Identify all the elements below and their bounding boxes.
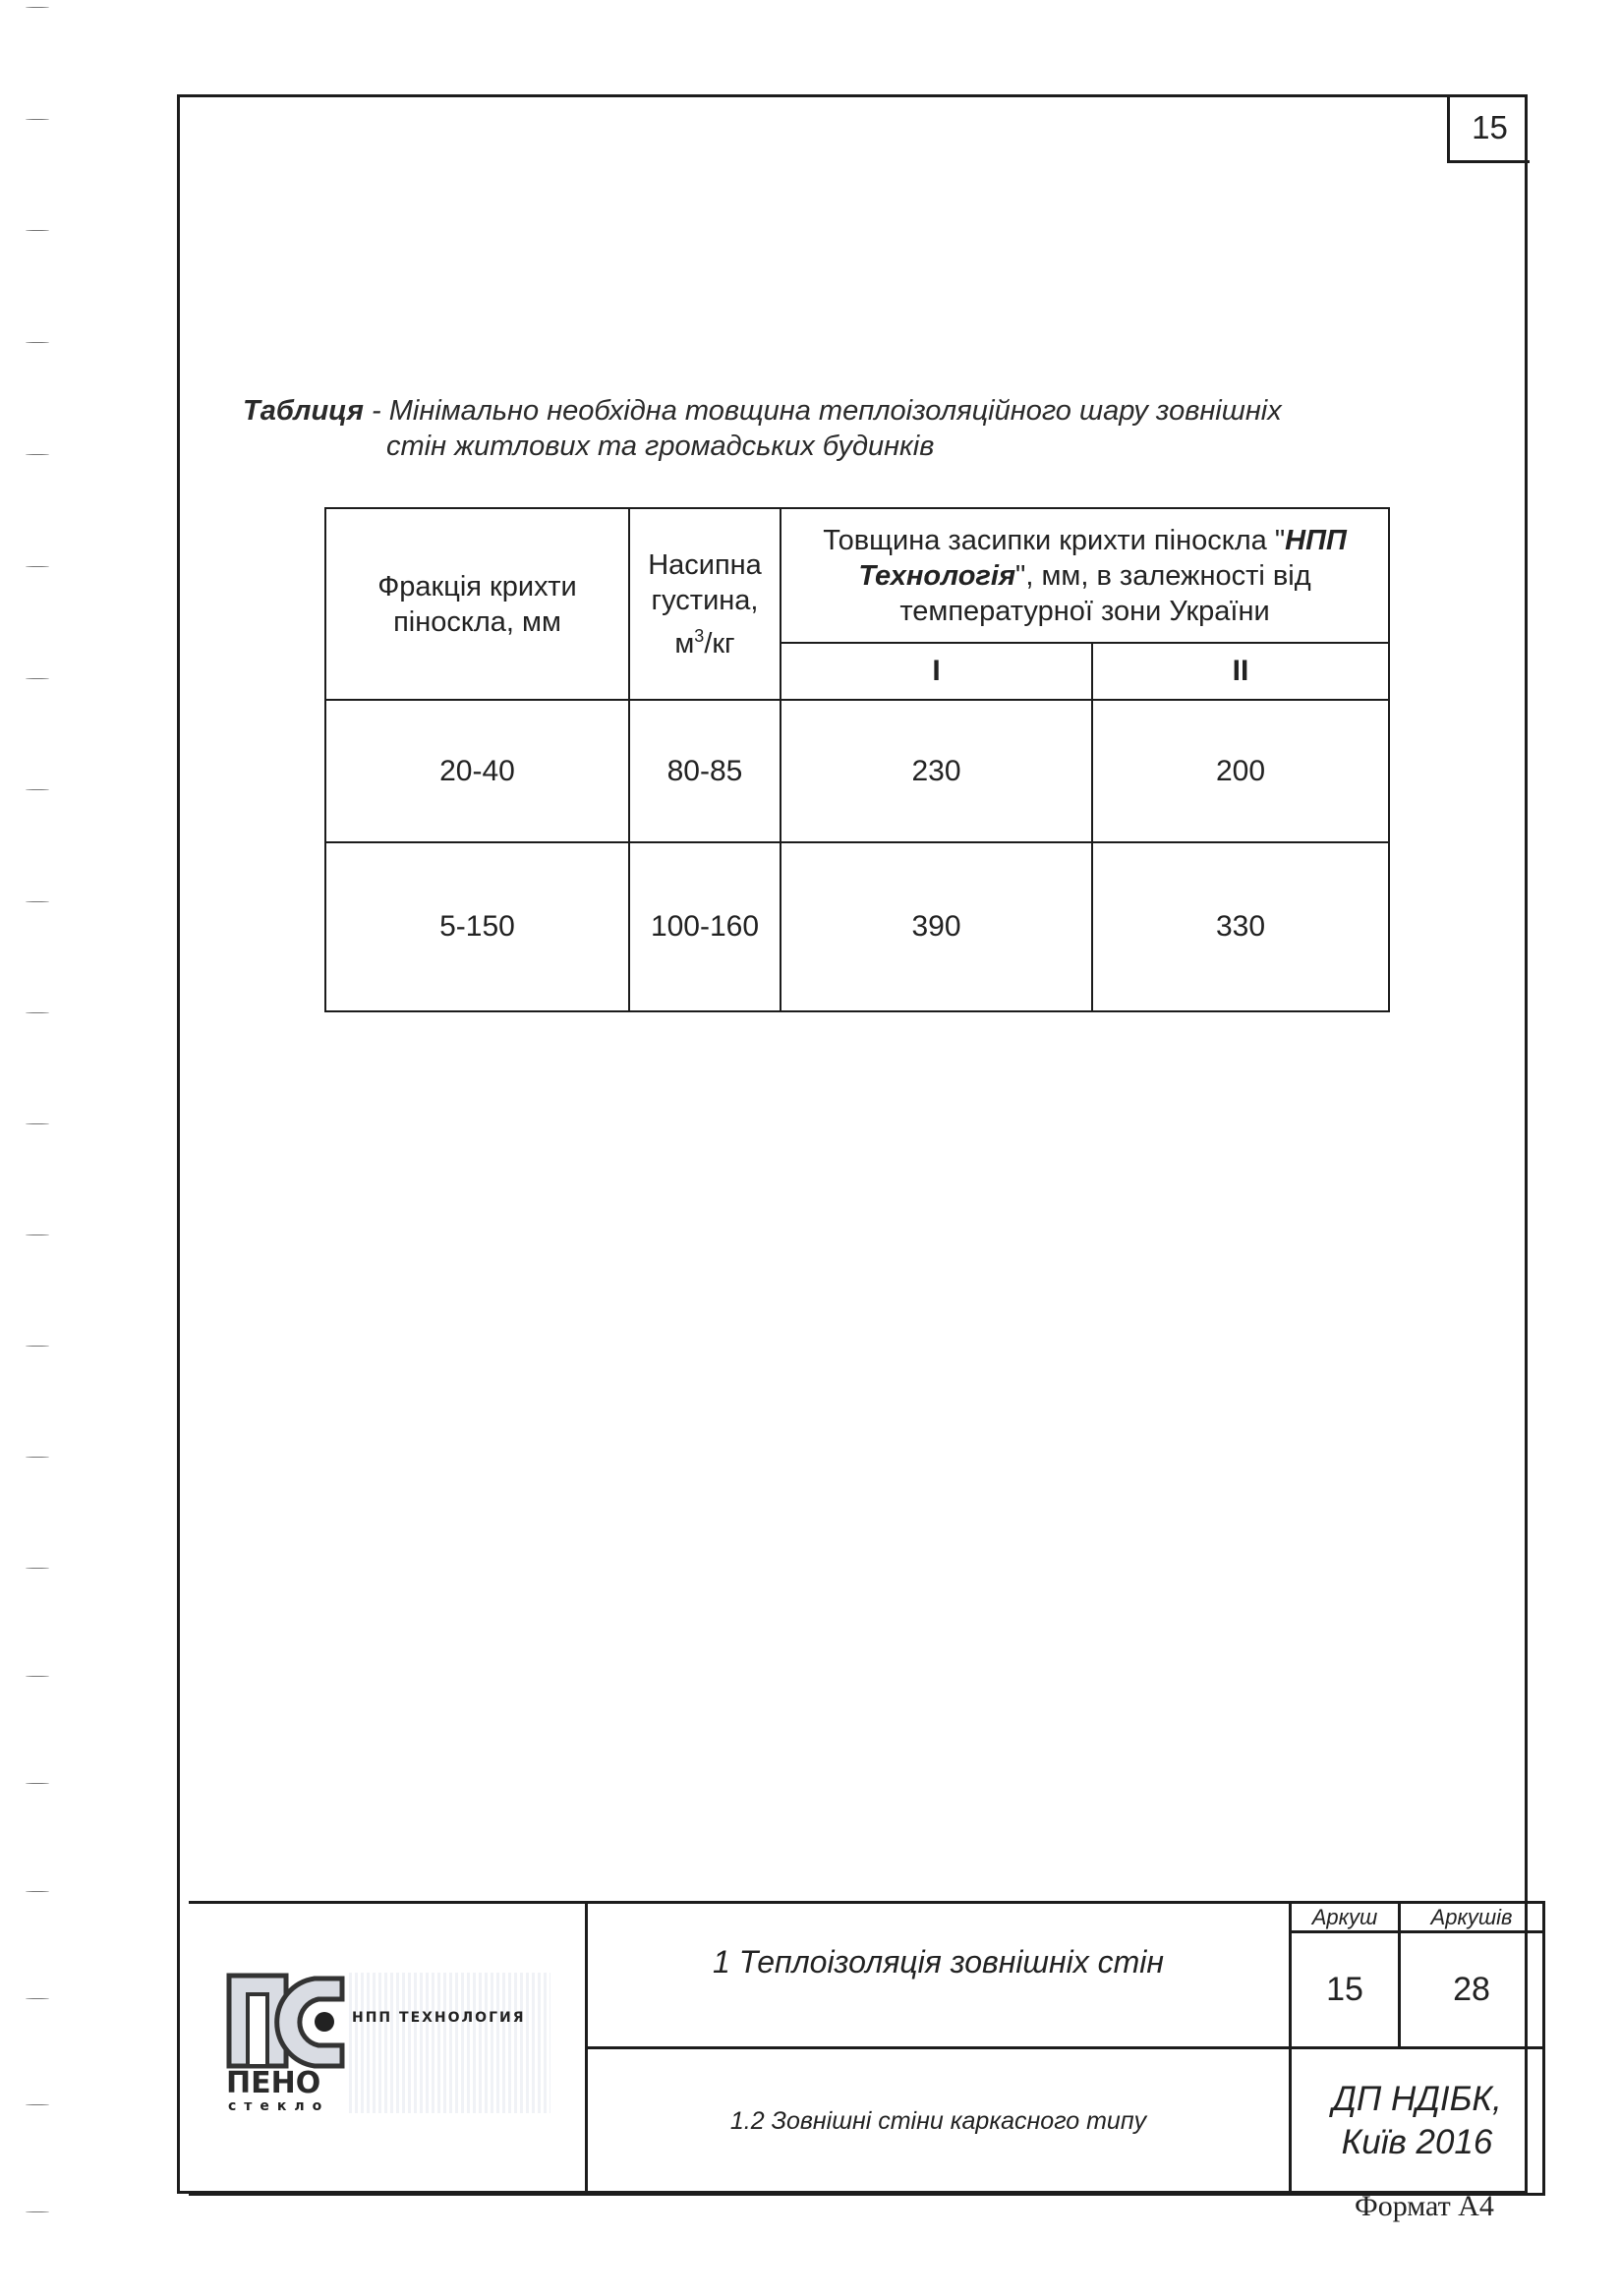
margin-tick	[26, 454, 49, 455]
caption-separator: -	[364, 395, 389, 427]
table-row: 20-40 80-85 230 200	[325, 700, 1389, 842]
sheets-value: 28	[1401, 1933, 1542, 2046]
margin-tick	[26, 119, 49, 120]
margin-tick	[26, 1012, 49, 1013]
sheet-label: Аркуш	[1292, 1904, 1398, 1930]
sheets-label: Аркушів	[1401, 1904, 1542, 1930]
table-row: 5-150 100-160 390 330	[325, 842, 1389, 1011]
margin-tick	[26, 678, 49, 679]
margin-tick	[26, 1457, 49, 1458]
margin-tick	[26, 1234, 49, 1235]
organization: ДП НДІБК, Київ 2016	[1292, 2049, 1542, 2193]
header-zone-1: I	[781, 643, 1092, 700]
cell-density: 80-85	[629, 700, 781, 842]
caption-line1: Мінімально необхідна товщина теплоізоляц…	[389, 395, 1282, 427]
cell-zone-1: 230	[781, 700, 1092, 842]
margin-tick	[26, 901, 49, 902]
logo-brand-bottom: стекло	[228, 2098, 329, 2114]
cell-fraction: 20-40	[325, 700, 629, 842]
sheet-value: 15	[1292, 1933, 1398, 2046]
logo-background	[349, 1973, 550, 2113]
logo-ps-mark-icon	[226, 1973, 349, 2069]
logo-company-name: НПП ТЕХНОЛОГИЯ	[352, 2010, 526, 2026]
header-zone-2: II	[1092, 643, 1389, 700]
margin-tick	[26, 1676, 49, 1677]
margin-tick	[26, 2211, 49, 2212]
table-caption: Таблиця - Мінімально необхідна товщина т…	[243, 393, 1422, 464]
margin-tick	[26, 342, 49, 343]
organization-city-year: Київ 2016	[1342, 2121, 1493, 2164]
organization-name: ДП НДІБК,	[1332, 2078, 1502, 2121]
logo-brand-top: ПЕНО	[226, 2071, 320, 2096]
page-number-box: 15	[1447, 94, 1530, 163]
header-fraction: Фракція крихти піноскла, мм	[325, 508, 629, 700]
margin-tick	[26, 1998, 49, 1999]
margin-tick	[26, 1123, 49, 1124]
subsection-title: 1.2 Зовнішні стіни каркасного типу	[588, 2049, 1289, 2193]
margin-tick	[26, 1568, 49, 1569]
caption-lead: Таблиця	[243, 395, 364, 427]
page-number: 15	[1472, 109, 1508, 146]
margin-tick	[26, 1783, 49, 1784]
insulation-thickness-table: Фракція крихти піноскла, мм Насипна густ…	[324, 507, 1390, 1012]
margin-tick	[26, 1346, 49, 1347]
header-thickness: Товщина засипки крихти піноскла "НПП Тех…	[781, 508, 1389, 643]
margin-tick	[26, 1891, 49, 1892]
cell-zone-2: 200	[1092, 700, 1389, 842]
margin-tick	[26, 789, 49, 790]
company-logo: НПП ТЕХНОЛОГИЯ ПЕНО стекло	[226, 1973, 550, 2115]
margin-tick	[26, 230, 49, 231]
cell-zone-1: 390	[781, 842, 1092, 1011]
margin-tick	[26, 2104, 49, 2105]
margin-tick	[26, 566, 49, 567]
section-title: 1 Теплоізоляція зовнішніх стін	[588, 1904, 1289, 2020]
paper-format-label: Формат А4	[1355, 2190, 1494, 2223]
cell-zone-2: 330	[1092, 842, 1389, 1011]
header-density: Насипна густина, м3/кг	[629, 508, 781, 700]
cell-fraction: 5-150	[325, 842, 629, 1011]
caption-line2: стін житлових та громадських будинків	[243, 429, 1422, 464]
title-block-divider	[189, 2193, 1545, 2196]
cell-density: 100-160	[629, 842, 781, 1011]
margin-tick	[26, 7, 49, 8]
